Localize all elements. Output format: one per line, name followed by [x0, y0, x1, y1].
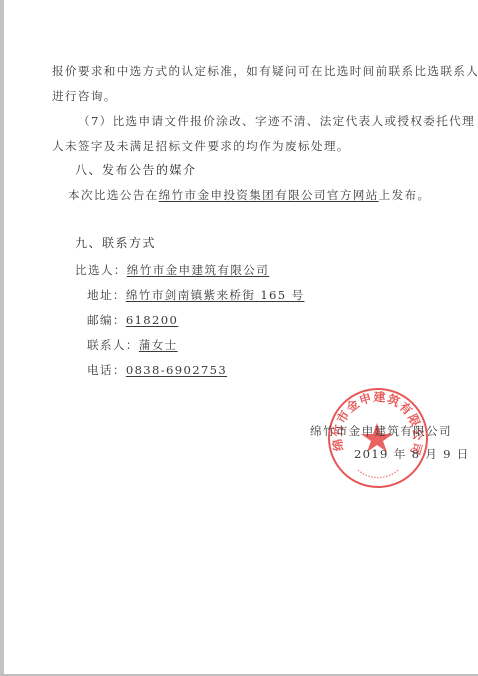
section-8-text-suffix: 上发布。 [379, 188, 431, 202]
section-8-text-prefix: 本次比选公告在 [68, 188, 159, 202]
contact-value: 618200 [126, 313, 178, 327]
contact-row-bidder: 比选人：绵竹市金申建筑有限公司 [75, 262, 269, 278]
contact-label: 比选人： [75, 263, 127, 277]
paragraph-7-line-1: （7）比选申请文件报价涂改、字迹不清、法定代表人或授权委托代理 [78, 113, 475, 129]
contact-row-address: 地址：绵竹市剑南镇紫来桥街 165 号 [87, 287, 304, 303]
signature-date: 2019 年 8 月 9 日 [354, 446, 470, 462]
paragraph-7-line-2: 人未签字及未满足招标文件要求的均作为废标处理。 [52, 138, 350, 154]
section-8-text: 本次比选公告在绵竹市金申投资集团有限公司官方网站上发布。 [68, 187, 430, 203]
contact-row-phone: 电话：0838-6902753 [87, 362, 227, 378]
paragraph-6-line-1: 报价要求和中选方式的认定标准，如有疑问可在比选时间前联系比选联系人 [52, 63, 478, 79]
section-9-heading: 九、联系方式 [75, 235, 156, 251]
section-8-heading: 八、发布公告的媒介 [75, 162, 197, 178]
paragraph-6-line-2: 进行咨询。 [52, 88, 117, 104]
contact-label: 地址： [87, 288, 126, 302]
contact-value: 蒲女士 [139, 338, 178, 352]
official-website-link[interactable]: 绵竹市金申投资集团有限公司官方网站 [159, 188, 379, 202]
contact-row-postcode: 邮编：618200 [87, 312, 178, 328]
contact-value: 绵竹市剑南镇紫来桥街 165 号 [126, 288, 305, 302]
document-page: 报价要求和中选方式的认定标准，如有疑问可在比选时间前联系比选联系人 进行咨询。 … [4, 0, 478, 674]
contact-value: 绵竹市金申建筑有限公司 [127, 263, 269, 277]
signature-company: 绵竹市金申建筑有限公司 [310, 423, 452, 439]
contact-value: 0838-6902753 [126, 363, 227, 377]
contact-label: 电话： [87, 363, 126, 377]
contact-row-person: 联系人：蒲女士 [87, 337, 178, 353]
contact-label: 邮编： [87, 313, 126, 327]
contact-label: 联系人： [87, 338, 139, 352]
